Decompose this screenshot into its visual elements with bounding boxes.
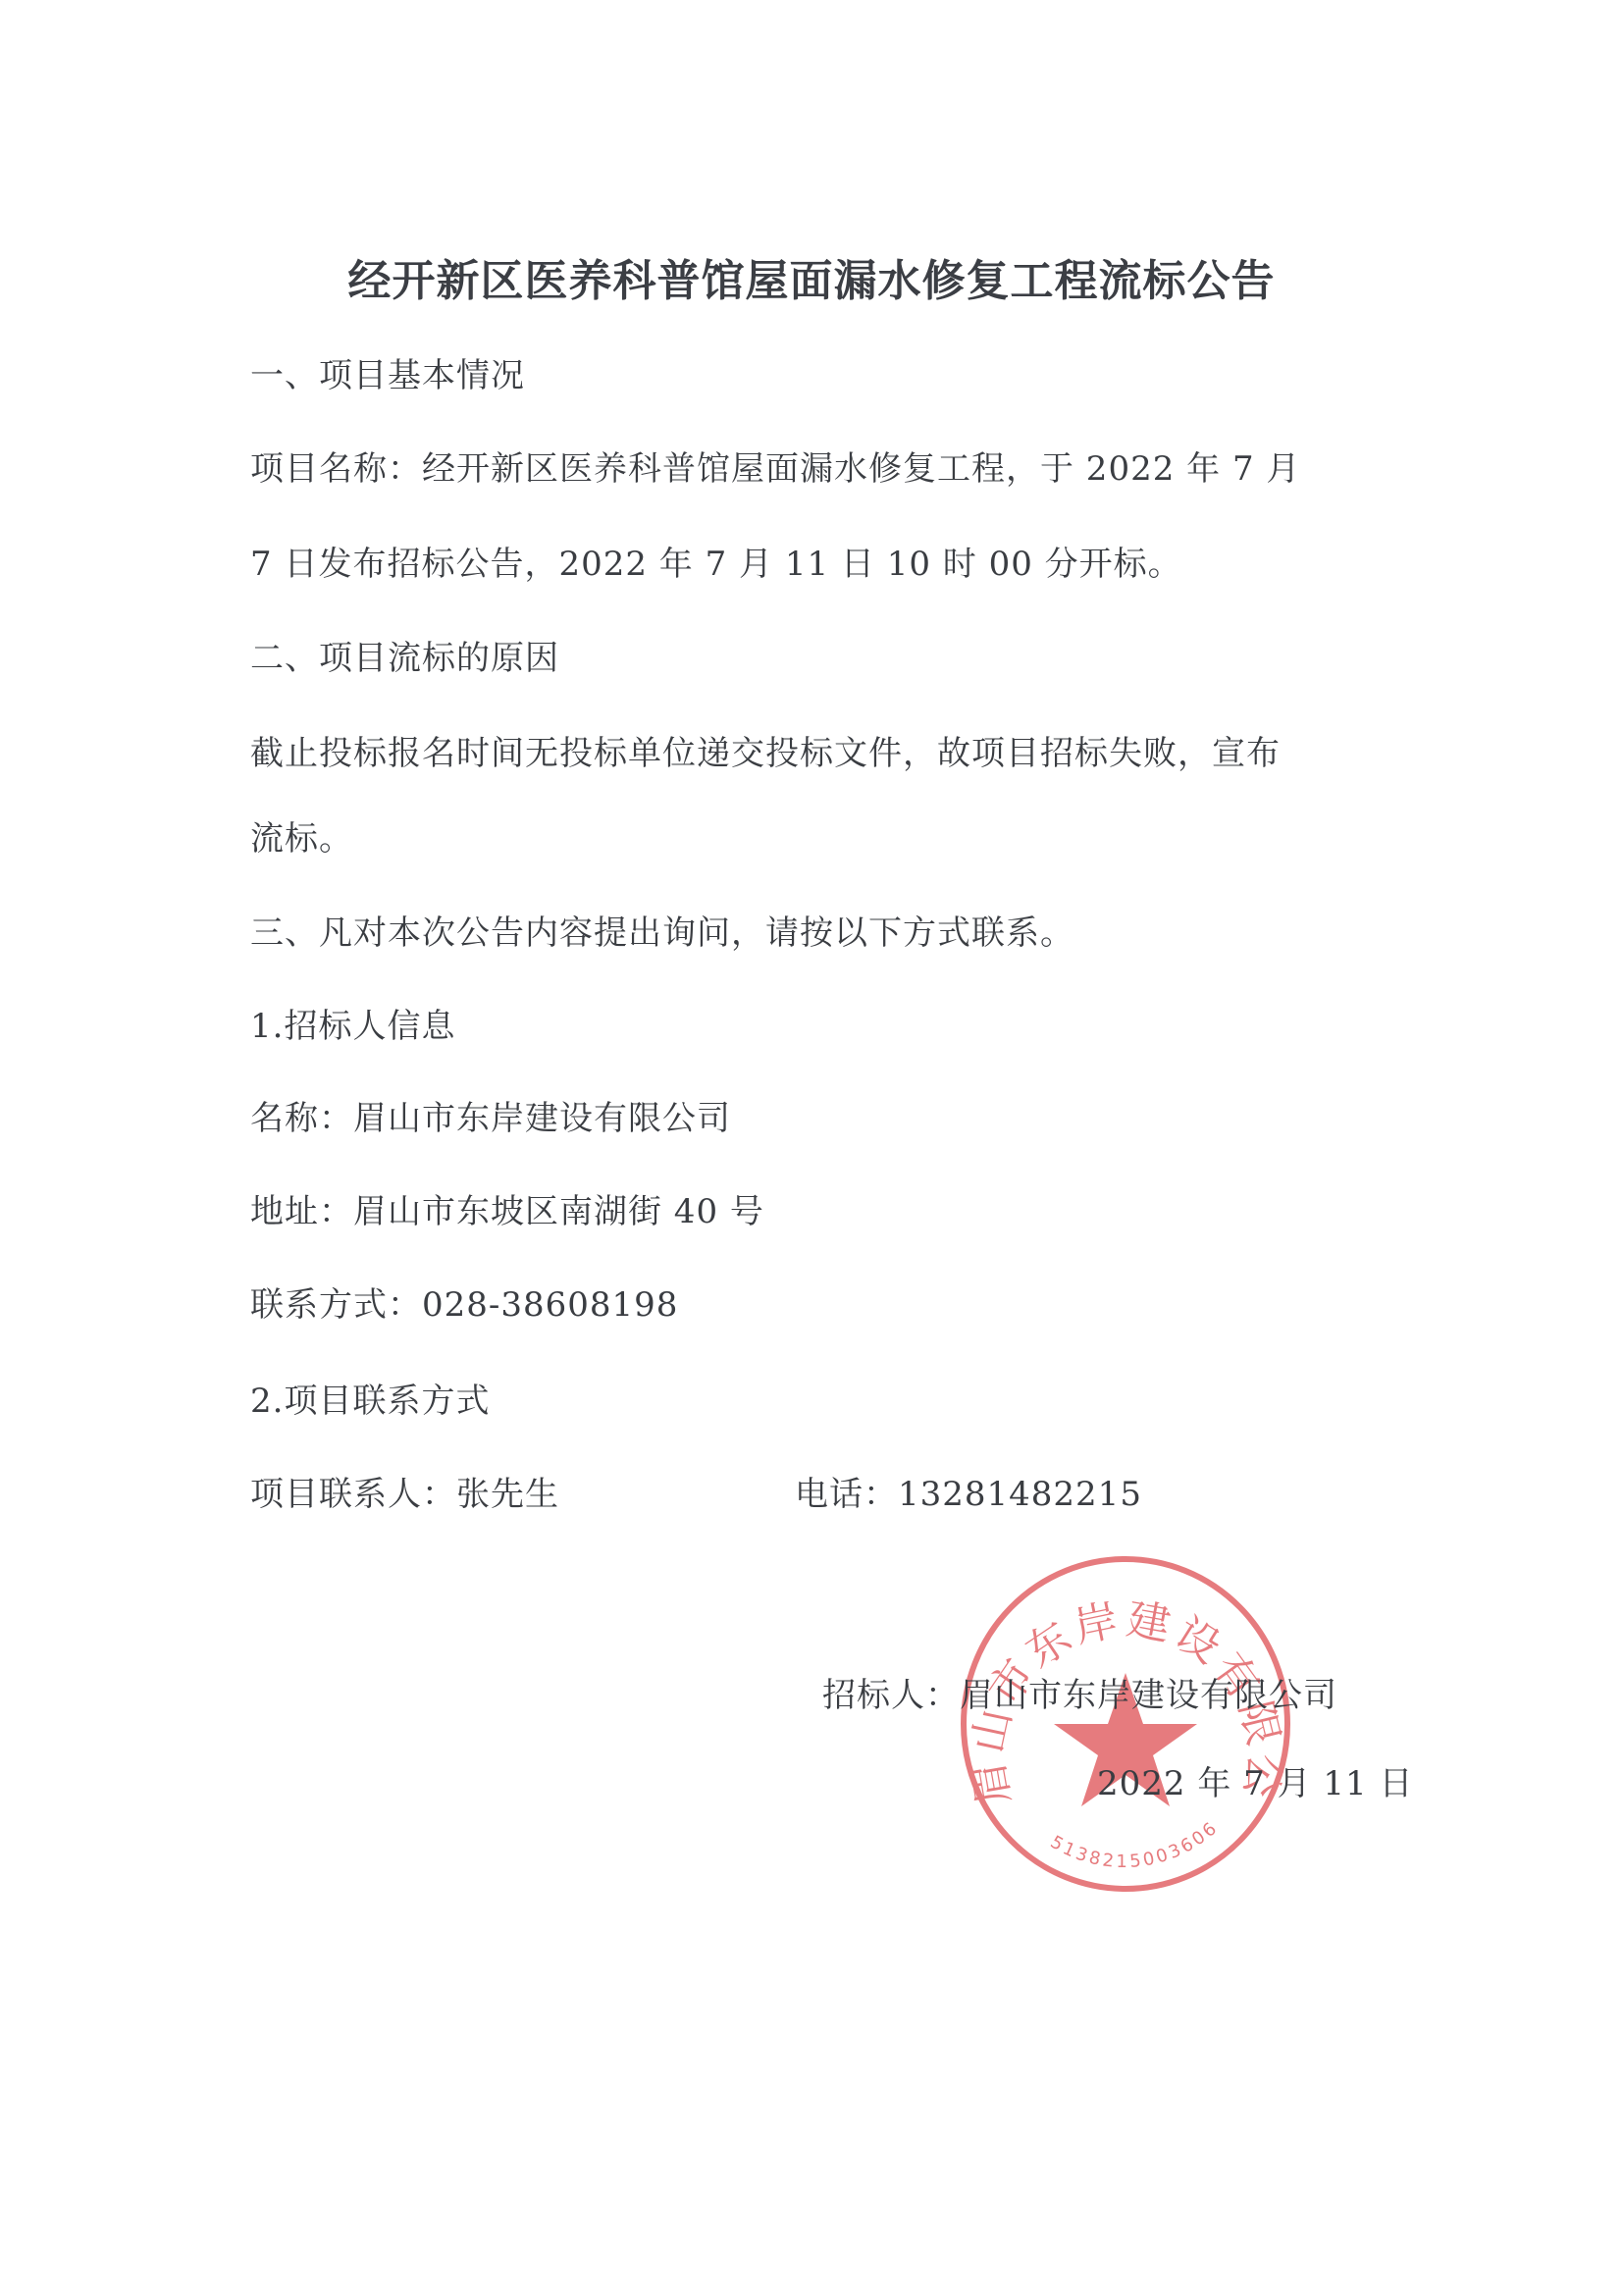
signature-tenderer: 招标人：眉山市东岸建设有限公司: [822, 1668, 1337, 1716]
tenderer-name: 名称：眉山市东岸建设有限公司: [250, 1091, 731, 1139]
project-name-line-1: 项目名称：经开新区医养科普馆屋面漏水修复工程，于 2022 年 7 月: [250, 442, 1300, 490]
project-contact-phone: 电话：13281482215: [795, 1467, 1142, 1515]
tenderer-address: 地址：眉山市东坡区南湖街 40 号: [250, 1184, 764, 1232]
tenderer-contact: 联系方式：028-38608198: [250, 1278, 678, 1326]
svg-text:5138215003606: 5138215003606: [1047, 1817, 1223, 1872]
section-1-heading: 一、项目基本情况: [250, 348, 525, 396]
failure-reason-line-2: 流标。: [250, 811, 353, 860]
section-3-heading: 三、凡对本次公告内容提出询问，请按以下方式联系。: [250, 906, 1074, 954]
document-page: 经开新区医养科普馆屋面漏水修复工程流标公告 一、项目基本情况 项目名称：经开新区…: [0, 0, 1623, 2296]
project-contact-heading: 2.项目联系方式: [250, 1374, 490, 1422]
seal-code: 5138215003606: [1047, 1817, 1223, 1872]
tenderer-info-heading: 1.招标人信息: [250, 999, 455, 1047]
document-title: 经开新区医养科普馆屋面漏水修复工程流标公告: [0, 245, 1623, 308]
project-contact-person: 项目联系人：张先生: [250, 1467, 559, 1515]
signature-date: 2022 年 7 月 11 日: [1097, 1756, 1413, 1804]
official-seal-icon: 眉山市东岸建设有限公司 5138215003606: [957, 1555, 1295, 1894]
failure-reason-line-1: 截止投标报名时间无投标单位递交投标文件，故项目招标失败，宣布: [250, 726, 1281, 774]
section-2-heading: 二、项目流标的原因: [250, 631, 559, 679]
project-name-line-2: 7 日发布招标公告，2022 年 7 月 11 日 10 时 00 分开标。: [250, 537, 1182, 585]
